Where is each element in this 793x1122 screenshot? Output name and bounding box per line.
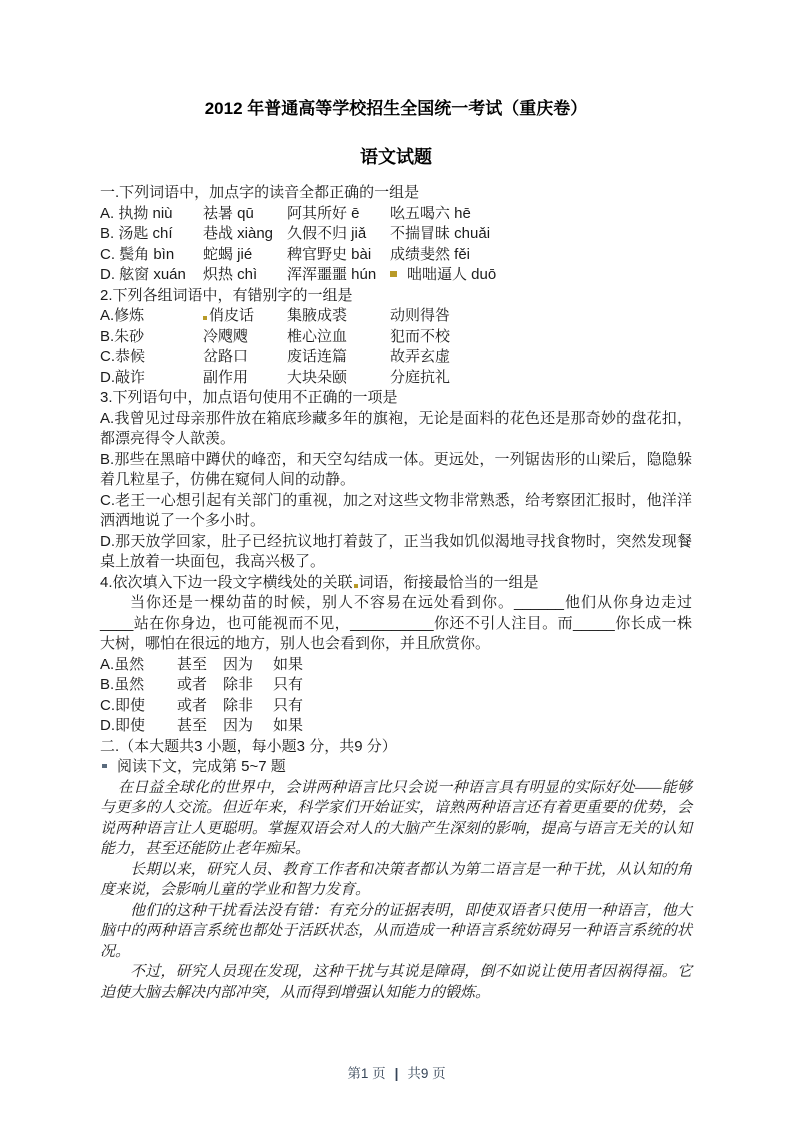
artifact-dot-mark <box>354 584 358 588</box>
word-cell: C.恭候 <box>100 347 203 368</box>
q3-option-d: D.那天放学回家，肚子已经抗议地打着鼓了，正当我如饥似渴地寻找食物时，突然发现餐… <box>100 532 692 573</box>
word-cell: 吆五喝六 hē <box>390 204 692 225</box>
word-cell: A.修炼 <box>100 306 203 327</box>
word-cell: A. 执拗 niù <box>100 204 203 225</box>
word-cell: B. 汤匙 chí <box>100 224 203 245</box>
connective-cell: 除非 <box>223 696 273 717</box>
word-cell: 故弄玄虚 <box>390 347 692 368</box>
connective-cell: 或者 <box>177 675 223 696</box>
q4-stem-part2: 词语，衔接最恰当的一组是 <box>359 574 539 591</box>
word-cell: 久假不归 jiǎ <box>287 224 390 245</box>
word-cell: 椎心泣血 <box>287 327 390 348</box>
passage-paragraph-3: 他们的这种干扰看法没有错：有充分的证据表明，即使双语者只使用一种语言，他大脑中的… <box>100 901 692 963</box>
q1-row-c: C. 鬓角 bìn 蛇蝎 jié 稗官野史 bài 成绩斐然 fěi <box>100 245 692 266</box>
connective-cell: B.虽然 <box>100 675 177 696</box>
q1-stem: 一.下列词语中，加点字的读音全都正确的一组是 <box>100 183 692 204</box>
word-cell: 成绩斐然 fěi <box>390 245 692 266</box>
q2-row-d: D.敲诈 副作用 大块朵颐 分庭抗礼 <box>100 368 692 389</box>
word-text: 咄咄逼人 duō <box>407 266 496 283</box>
word-cell: 稗官野史 bài <box>287 245 390 266</box>
word-cell: 犯而不校 <box>390 327 692 348</box>
q3-option-b: B.那些在黑暗中蹲伏的峰峦，和天空勾结成一体。更远处，一列锯齿形的山梁后，隐隐躲… <box>100 450 692 491</box>
page-number: 第1 页 <box>347 1066 385 1081</box>
word-cell: 废话连篇 <box>287 347 390 368</box>
connective-cell: 甚至 <box>177 716 223 737</box>
connective-cell: 如果 <box>273 716 692 737</box>
connective-cell: 因为 <box>223 655 273 676</box>
word-cell: 集腋成裘 <box>287 306 390 327</box>
page-content: 2012 年普通高等学校招生全国统一考试（重庆卷） 语文试题 一.下列词语中，加… <box>100 0 692 1003</box>
word-cell: 阿其所好 ē <box>287 204 390 225</box>
q4-stem-part1: 4.依次填入下边一段文字横线处的关联 <box>100 574 353 591</box>
passage-paragraph-2: 长期以来，研究人员、教育工作者和决策者都认为第二语言是一种干扰，从认知的角度来说… <box>100 860 692 901</box>
artifact-dot-mark <box>203 316 207 320</box>
connective-cell: 如果 <box>273 655 692 676</box>
q2-row-a: A.修炼 俏皮话 集腋成裘 动则得咎 <box>100 306 692 327</box>
passage-paragraph-4: 不过，研究人员现在发现，这种干扰与其说是障碍，倒不如说让使用者因祸得福。它迫使大… <box>100 962 692 1003</box>
connective-cell: 只有 <box>273 675 692 696</box>
exam-title: 2012 年普通高等学校招生全国统一考试（重庆卷） <box>100 96 692 122</box>
section2-heading: 二.（本大题共3 小题，每小题3 分，共9 分） <box>100 737 692 758</box>
q3-option-c: C.老王一心想引起有关部门的重视，加之对这些文物非常熟悉，给考察团汇报时，他洋洋… <box>100 491 692 532</box>
passage-paragraph-1: 在日益全球化的世界中，会讲两种语言比只会说一种语言具有明显的实际好处——能够与更… <box>100 778 692 860</box>
word-text: 俏皮话 <box>209 307 254 324</box>
q4-passage: 当你还是一棵幼苗的时候，别人不容易在远处看到你。______他们从你身边走过__… <box>100 593 692 655</box>
q3-option-a: A.我曾见过母亲那件放在箱底珍藏多年的旗袍，无论是面料的花色还是那奇妙的盘花扣，… <box>100 409 692 450</box>
bullet-mark <box>102 764 107 768</box>
word-cell: 副作用 <box>203 368 287 389</box>
q4-row-c: C.即使 或者 除非 只有 <box>100 696 692 717</box>
connective-cell: 只有 <box>273 696 692 717</box>
q4-row-a: A.虽然 甚至 因为 如果 <box>100 655 692 676</box>
connective-cell: C.即使 <box>100 696 177 717</box>
exam-body: 一.下列词语中，加点字的读音全都正确的一组是 A. 执拗 niù 祛暑 qū 阿… <box>100 183 692 1003</box>
word-cell: 蛇蝎 jié <box>203 245 287 266</box>
connective-cell: 因为 <box>223 716 273 737</box>
reading-instruction: 阅读下文，完成第 5~7 题 <box>117 758 286 775</box>
word-cell: 分庭抗礼 <box>390 368 692 389</box>
q4-row-d: D.即使 甚至 因为 如果 <box>100 716 692 737</box>
connective-cell: 甚至 <box>177 655 223 676</box>
q1-row-a: A. 执拗 niù 祛暑 qū 阿其所好 ē 吆五喝六 hē <box>100 204 692 225</box>
connective-cell: A.虽然 <box>100 655 177 676</box>
q2-row-b: B.朱砂 冷飕飕 椎心泣血 犯而不校 <box>100 327 692 348</box>
q4-stem: 4.依次填入下边一段文字横线处的关联词语，衔接最恰当的一组是 <box>100 573 692 594</box>
word-cell: B.朱砂 <box>100 327 203 348</box>
word-cell: 大块朵颐 <box>287 368 390 389</box>
page-footer: 第1 页|共9 页 <box>0 1062 793 1082</box>
q4-row-b: B.虽然 或者 除非 只有 <box>100 675 692 696</box>
word-cell: 冷飕飕 <box>203 327 287 348</box>
word-cell: 祛暑 qū <box>203 204 287 225</box>
footer-separator: | <box>395 1066 399 1081</box>
page-total: 共9 页 <box>407 1066 445 1081</box>
word-cell: D. 舷窗 xuán <box>100 265 203 286</box>
connective-cell: D.即使 <box>100 716 177 737</box>
word-cell: 不揣冒昧 chuǎi <box>390 224 692 245</box>
q1-row-b: B. 汤匙 chí 巷战 xiàng 久假不归 jiǎ 不揣冒昧 chuǎi <box>100 224 692 245</box>
q2-row-c: C.恭候 岔路口 废话连篇 故弄玄虚 <box>100 347 692 368</box>
word-cell: 巷战 xiàng <box>203 224 287 245</box>
reading-instruction-line: 阅读下文，完成第 5~7 题 <box>100 757 692 778</box>
word-cell: 咄咄逼人 duō <box>390 265 692 286</box>
exam-subtitle: 语文试题 <box>100 144 692 170</box>
word-cell: 炽热 chì <box>203 265 287 286</box>
connective-cell: 或者 <box>177 696 223 717</box>
word-cell: 俏皮话 <box>203 306 287 327</box>
word-cell: 动则得咎 <box>390 306 692 327</box>
word-cell: 岔路口 <box>203 347 287 368</box>
word-cell: 浑浑噩噩 hún <box>287 265 390 286</box>
word-cell: D.敲诈 <box>100 368 203 389</box>
word-cell: C. 鬓角 bìn <box>100 245 203 266</box>
q3-stem: 3.下列语句中，加点语句使用不正确的一项是 <box>100 388 692 409</box>
q2-stem: 2.下列各组词语中，有错别字的一组是 <box>100 286 692 307</box>
connective-cell: 除非 <box>223 675 273 696</box>
q1-row-d: D. 舷窗 xuán 炽热 chì 浑浑噩噩 hún 咄咄逼人 duō <box>100 265 692 286</box>
artifact-square-mark <box>390 271 397 277</box>
